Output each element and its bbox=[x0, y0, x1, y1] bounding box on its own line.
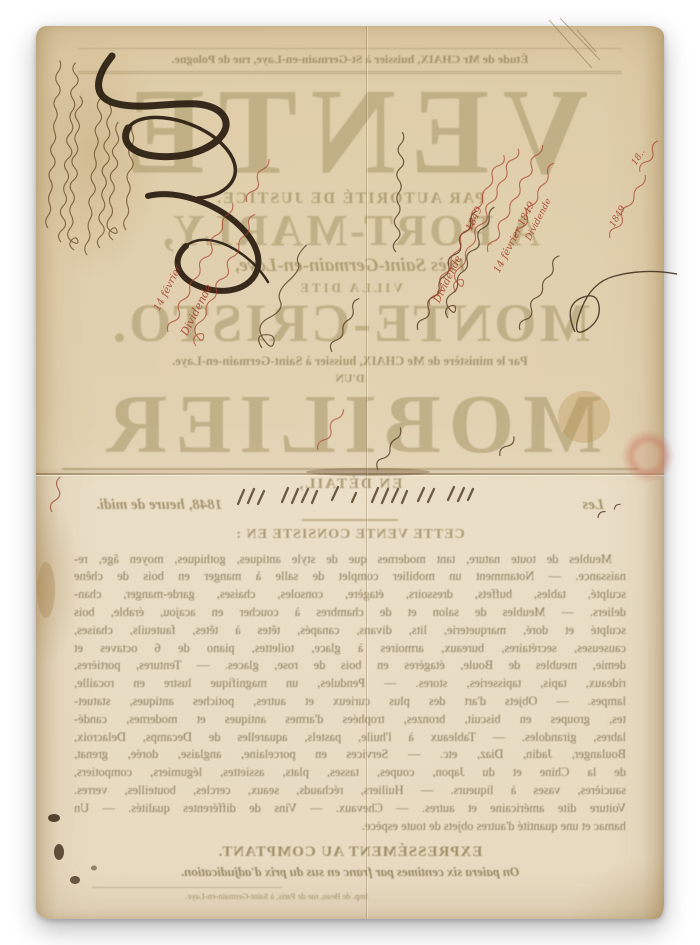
horizontal-fold-crease bbox=[36, 473, 664, 475]
imprint-rule bbox=[92, 887, 282, 888]
body-last-line: hamac et une quantité d'autres objets de… bbox=[74, 818, 626, 836]
body-line: labres, girandoles. — Tableaux à l'huile… bbox=[74, 729, 626, 747]
body-line: naissance. — Notamment un mobilier compl… bbox=[74, 568, 626, 586]
body-line: de la Chine et du Japon, coupes, tasses,… bbox=[74, 764, 626, 782]
date-line: Les 1848, heure de midi. bbox=[96, 497, 604, 514]
comptant-line: EXPRESSÉMENT AU COMPTANT. bbox=[52, 844, 648, 861]
poster-verso-sheet: Étude de Mr CHAIX, huissier à St-Germain… bbox=[36, 26, 664, 919]
mobilier-title: MOBILIER bbox=[52, 386, 648, 463]
body-line: sculpté, tables, buffets, dressoirs, éta… bbox=[74, 586, 626, 604]
consiste-line: CETTE VENTE CONSISTE EN : bbox=[52, 527, 648, 543]
body-line: lampes. — Objets d'art des plus curieux … bbox=[74, 693, 626, 711]
date-printed: 1848, heure de midi. bbox=[96, 497, 222, 514]
place-port-marly: A PORT-MARLY, bbox=[52, 208, 648, 254]
body-line: causeuses, secrétaires, bureaux, armoire… bbox=[74, 640, 626, 658]
body-paragraph: Meubles de toute nature, tant modernes q… bbox=[74, 551, 626, 818]
body-line: rideaux, tapis, tapisseries, stores. — P… bbox=[74, 675, 626, 693]
photo-background: Étude de Mr CHAIX, huissier à St-Germain… bbox=[0, 0, 700, 945]
body-line: demie, meubles de Boule, étagères en boi… bbox=[74, 657, 626, 675]
date-prefix: Les bbox=[582, 497, 604, 514]
vertical-fold-crease bbox=[366, 26, 367, 919]
villa-name-monte-cristo: MONTE-CRISTO. bbox=[52, 296, 648, 350]
body-line: sculpté et doré, marqueterie, lits, diva… bbox=[74, 622, 626, 640]
minister-line: Par le ministère de Me CHAIX, huissier à… bbox=[52, 354, 648, 369]
body-line: saucières, vases à liqueurs. — Huiliers,… bbox=[74, 782, 626, 800]
body-line: Boulanger, Jadin, Diaz, etc. — Services … bbox=[74, 746, 626, 764]
title-vente: VENTE bbox=[52, 74, 648, 191]
short-rule bbox=[302, 519, 398, 521]
body-line: tes, groupes en biscuit, bronzes, trophé… bbox=[74, 711, 626, 729]
surcharge-line: On paiera six centimes par franc en sus … bbox=[52, 864, 648, 880]
body-line: deliers. — Meubles de salon et de chambr… bbox=[74, 604, 626, 622]
red-stamp-mark bbox=[622, 430, 674, 482]
printer-imprint-line: Imp. de Beau, rue de Paris, à Saint-Germ… bbox=[112, 891, 442, 901]
body-line: Voiture dite américaine et autres. — Che… bbox=[74, 800, 626, 818]
body-line: Meubles de toute nature, tant modernes q… bbox=[74, 551, 626, 569]
detail-line: EN DÉTAIL, bbox=[52, 476, 648, 493]
near-saint-germain-line: Près Saint-Germain-en-Laye, bbox=[52, 255, 648, 277]
